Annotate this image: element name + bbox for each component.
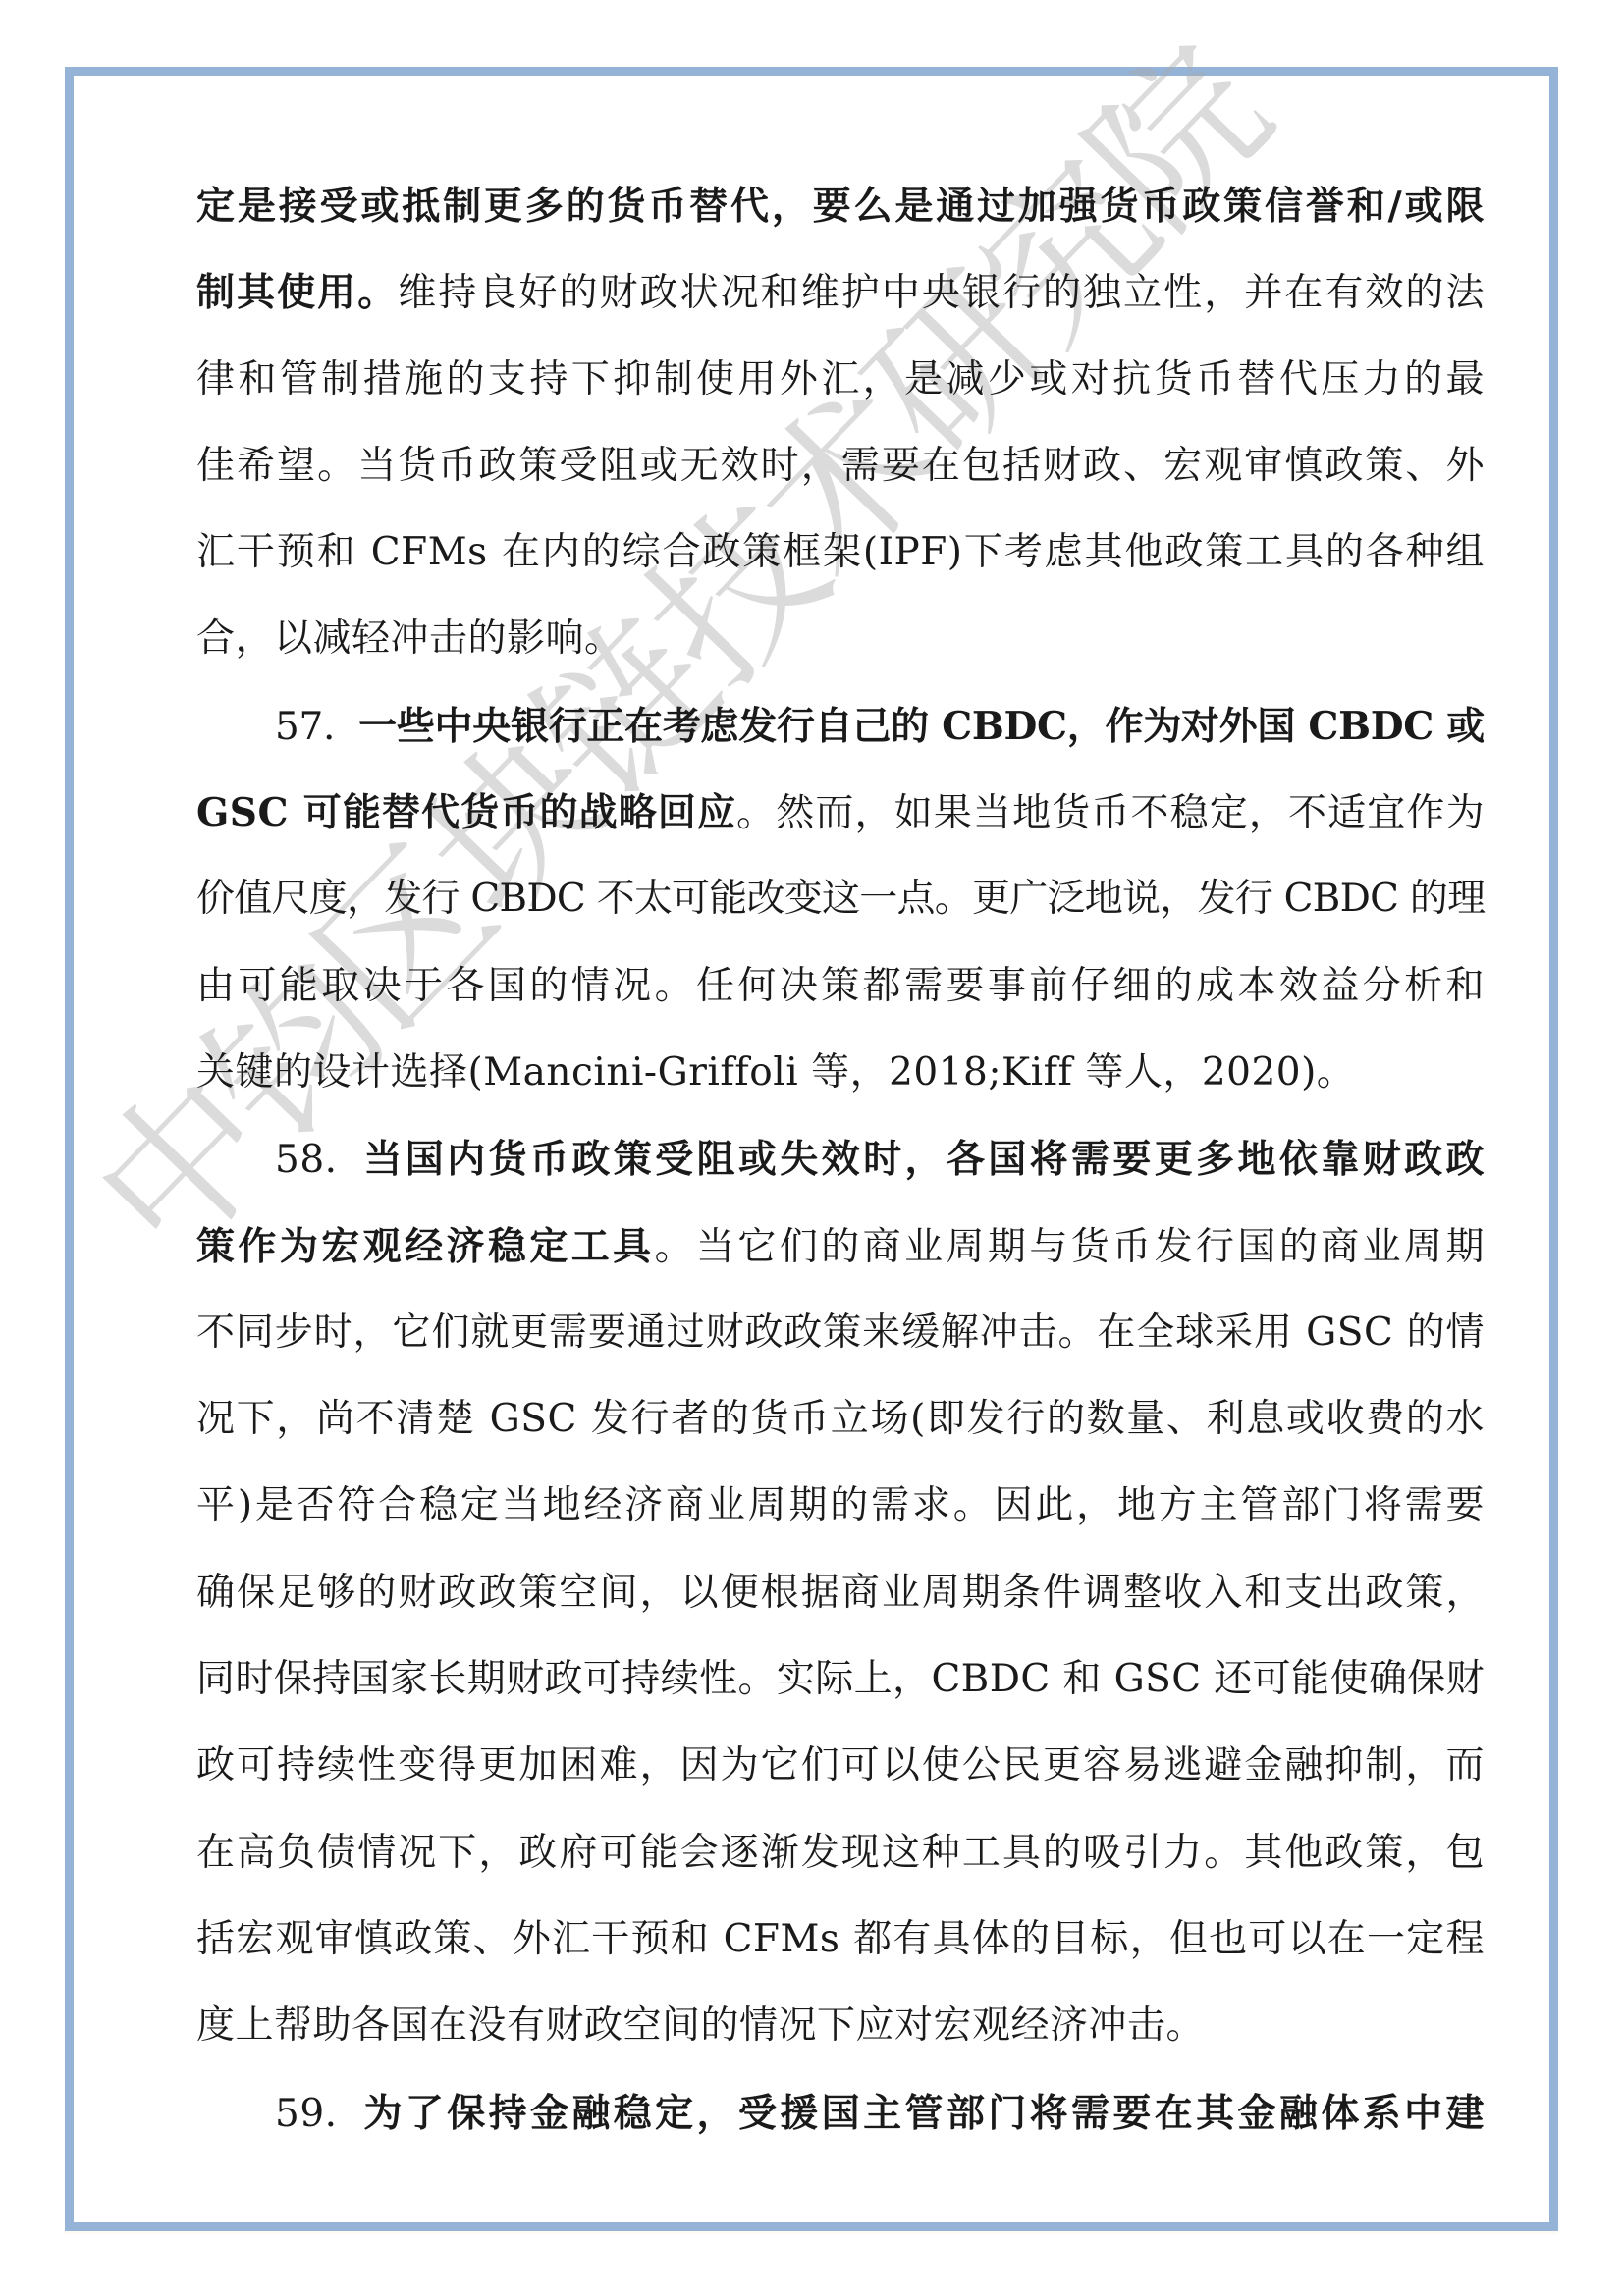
text-line: 汇干预和 CFMs 在内的综合政策框架(IPF)下考虑其他政策工具的各种组 bbox=[196, 509, 1485, 596]
text-segment: 。然而，如果当地货币不稳定，不适宜作为 bbox=[736, 791, 1485, 835]
text-segment: 平)是否符合稳定当地经济商业周期的需求。因此，地方主管部门将需要 bbox=[196, 1483, 1485, 1527]
bold-text-segment: 为了保持金融稳定，受援国主管部门将需要在其金融体系中建 bbox=[361, 2091, 1485, 2136]
bold-text-segment: 制其使用。 bbox=[196, 270, 398, 315]
text-line: 括宏观审慎政策、外汇干预和 CFMs 都有具体的目标，但也可以在一定程 bbox=[196, 1896, 1485, 1983]
text-segment: 确保足够的财政政策空间，以便根据商业周期条件调整收入和支出政策， bbox=[196, 1571, 1485, 1615]
text-segment: 不同步时，它们就更需要通过财政政策来缓解冲击。在全球采用 GSC 的情 bbox=[196, 1310, 1485, 1355]
paragraph-number: 58. bbox=[275, 1138, 338, 1182]
text-line: 定是接受或抵制更多的货币替代，要么是通过加强货币政策信誉和/或限 bbox=[196, 163, 1485, 249]
text-segment: 在高负债情况下，政府可能会逐渐发现这种工具的吸引力。其他政策，包 bbox=[196, 1831, 1485, 1875]
text-line: 不同步时，它们就更需要通过财政政策来缓解冲击。在全球采用 GSC 的情 bbox=[196, 1290, 1485, 1376]
text-segment: 同时保持国家长期财政可持续性。实际上，CBDC 和 GSC 还可能使确保财 bbox=[196, 1657, 1485, 1701]
text-line: GSC 可能替代货币的战略回应。然而，如果当地货币不稳定，不适宜作为 bbox=[196, 770, 1485, 856]
text-line: 关键的设计选择(Mancini-Griffoli 等，2018;Kiff 等人，… bbox=[196, 1030, 1485, 1116]
text-segment: 括宏观审慎政策、外汇干预和 CFMs 都有具体的目标，但也可以在一定程 bbox=[196, 1917, 1485, 1961]
paragraph-number: 57. bbox=[275, 705, 335, 749]
text-line: 政可持续性变得更加困难，因为它们可以使公民更容易逃避金融抑制，而 bbox=[196, 1723, 1485, 1809]
bold-text-segment: 一些中央银行正在考虑发行自己的 CBDC，作为对外国 CBDC 或 bbox=[358, 704, 1485, 749]
text-segment: 况下，尚不清楚 GSC 发行者的货币立场(即发行的数量、利息或收费的水 bbox=[196, 1397, 1485, 1441]
text-segment: 价值尺度，发行 CBDC 不太可能改变这一点。更广泛地说，发行 CBDC 的理 bbox=[196, 877, 1485, 921]
text-segment: 关键的设计选择(Mancini-Griffoli 等，2018;Kiff 等人，… bbox=[196, 1050, 1355, 1095]
text-segment: 律和管制措施的支持下抑制使用外汇，是减少或对抗货币替代压力的最 bbox=[196, 357, 1485, 401]
text-line: 合，以减轻冲击的影响。 bbox=[196, 596, 1485, 682]
text-line: 策作为宏观经济稳定工具。当它们的商业周期与货币发行国的商业周期 bbox=[196, 1203, 1485, 1290]
text-line: 制其使用。维持良好的财政状况和维护中央银行的独立性，并在有效的法 bbox=[196, 249, 1485, 336]
bold-text-segment: 定是接受或抵制更多的货币替代，要么是通过加强货币政策信誉和/或限 bbox=[196, 184, 1485, 229]
text-segment: 度上帮助各国在没有财政空间的情况下应对宏观经济冲击。 bbox=[196, 2003, 1205, 2048]
text-line: 况下，尚不清楚 GSC 发行者的货币立场(即发行的数量、利息或收费的水 bbox=[196, 1376, 1485, 1463]
text-line: 同时保持国家长期财政可持续性。实际上，CBDC 和 GSC 还可能使确保财 bbox=[196, 1636, 1485, 1723]
paragraph-start-line: 57.一些中央银行正在考虑发行自己的 CBDC，作为对外国 CBDC 或 bbox=[196, 683, 1485, 770]
bold-text-segment: GSC 可能替代货币的战略回应 bbox=[196, 790, 736, 835]
bold-text-segment: 策作为宏观经济稳定工具 bbox=[196, 1224, 655, 1269]
text-line: 价值尺度，发行 CBDC 不太可能改变这一点。更广泛地说，发行 CBDC 的理 bbox=[196, 856, 1485, 942]
text-line: 度上帮助各国在没有财政空间的情况下应对宏观经济冲击。 bbox=[196, 1983, 1485, 2069]
text-line: 佳希望。当货币政策受阻或无效时，需要在包括财政、宏观审慎政策、外 bbox=[196, 423, 1485, 509]
text-line: 由可能取决于各国的情况。任何决策都需要事前仔细的成本效益分析和 bbox=[196, 943, 1485, 1030]
paragraph-start-line: 58.当国内货币政策受阻或失效时，各国将需要更多地依靠财政政 bbox=[196, 1116, 1485, 1202]
document-body: 定是接受或抵制更多的货币替代，要么是通过加强货币政策信誉和/或限制其使用。维持良… bbox=[196, 163, 1485, 2157]
text-line: 律和管制措施的支持下抑制使用外汇，是减少或对抗货币替代压力的最 bbox=[196, 337, 1485, 423]
text-segment: 由可能取决于各国的情况。任何决策都需要事前仔细的成本效益分析和 bbox=[196, 964, 1485, 1008]
bold-text-segment: 当国内货币政策受阻或失效时，各国将需要更多地依靠财政政 bbox=[361, 1137, 1485, 1182]
text-segment: 维持良好的财政状况和维护中央银行的独立性，并在有效的法 bbox=[398, 271, 1485, 315]
text-segment: 。当它们的商业周期与货币发行国的商业周期 bbox=[655, 1225, 1485, 1269]
paragraph-number: 59. bbox=[275, 2092, 338, 2136]
text-line: 平)是否符合稳定当地经济商业周期的需求。因此，地方主管部门将需要 bbox=[196, 1463, 1485, 1549]
text-segment: 汇干预和 CFMs 在内的综合政策框架(IPF)下考虑其他政策工具的各种组 bbox=[196, 530, 1485, 574]
text-line: 确保足够的财政政策空间，以便根据商业周期条件调整收入和支出政策， bbox=[196, 1550, 1485, 1636]
text-segment: 合，以减轻冲击的影响。 bbox=[196, 616, 623, 661]
paragraph-start-line: 59.为了保持金融稳定，受援国主管部门将需要在其金融体系中建 bbox=[196, 2070, 1485, 2157]
text-segment: 政可持续性变得更加困难，因为它们可以使公民更容易逃避金融抑制，而 bbox=[196, 1743, 1485, 1788]
text-line: 在高负债情况下，政府可能会逐渐发现这种工具的吸引力。其他政策，包 bbox=[196, 1810, 1485, 1896]
text-segment: 佳希望。当货币政策受阻或无效时，需要在包括财政、宏观审慎政策、外 bbox=[196, 444, 1485, 488]
